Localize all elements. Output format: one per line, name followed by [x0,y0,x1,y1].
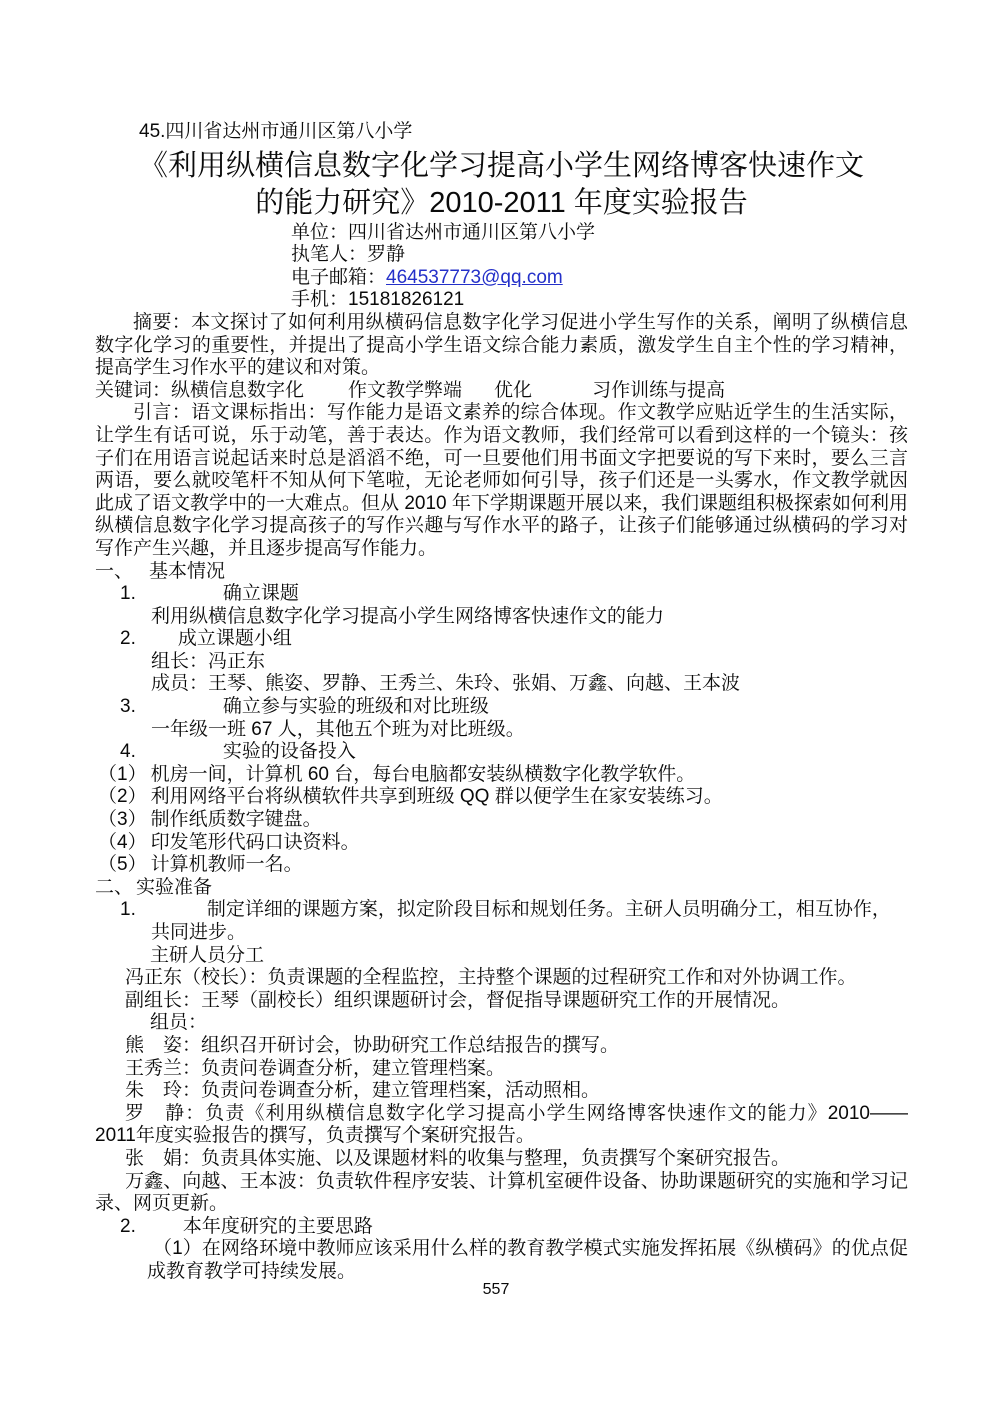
member-role-line: 王秀兰：负责问卷调查分析，建立管理档案。 [95,1058,908,1081]
paren-number: （2） [98,786,147,809]
item-number: 2. [120,628,136,651]
item-label: 实验的设备投入 [223,741,356,764]
item-number: 4. [120,741,136,764]
meta-phone-value: 15181826121 [348,289,464,310]
paren-number: （4） [98,832,147,855]
keywords-line: 关键词： 纵横信息数字化 作文教学弊端 优化 习作训练与提高 [95,380,908,403]
equipment-text: 机房一间，计算机 60 台，每台电脑都安装纵横数字化教学软件。 [151,764,696,787]
page-number: 557 [0,1281,992,1299]
document-content: 45.四川省达州市通川区第八小学 《利用纵横信息数字化学习提高小学生网络博客快速… [95,121,908,1284]
section1-item-2: 2.成立课题小组 [95,628,908,651]
section1-item-3-body: 一年级一班 67 人，其他五个班为对比班级。 [95,719,908,742]
member-role-line: 罗 静：负责《利用纵横信息数字化学习提高小学生网络博客快速作文的能力》2010—… [95,1103,908,1148]
section1-item-4: 4.实验的设备投入 [95,741,908,764]
role-line: 副组长：王琴（副校长）组织课题研讨会，督促指导课题研究工作的开展情况。 [95,990,908,1013]
item-number: 2. [120,1216,136,1239]
equipment-text: 印发笔形代码口诀资料。 [151,832,360,855]
intro-paragraph: 引言：语文课标指出：写作能力是语文素养的综合体现。作文教学应贴近学生的生活实际，… [95,402,908,560]
division-title: 主研人员分工 [95,945,908,968]
equipment-text: 利用网络平台将纵横软件共享到班级 QQ 群以便学生在家安装练习。 [151,786,723,809]
equipment-text: 计算机教师一名。 [151,854,303,877]
keyword-item: 纵横信息数字化 [171,380,304,403]
section2-item-2: 2.本年度研究的主要思路 [95,1216,908,1239]
paren-number: （3） [98,809,147,832]
section2-heading: 二、 实验准备 [95,877,908,900]
item-label: 制定详细的课题方案，拟定阶段目标和规划任务。主研人员明确分工，相互协作， [207,899,891,922]
meta-author: 执笔人：罗静 [291,244,908,267]
document-page: 45.四川省达州市通川区第八小学 《利用纵横信息数字化学习提高小学生网络博客快速… [0,0,992,1403]
item-label: 成立课题小组 [178,628,292,651]
meta-author-label: 执笔人： [291,244,367,265]
equipment-item: （1）机房一间，计算机 60 台，每台电脑都安装纵横数字化教学软件。 [95,764,908,787]
item-number: 1. [120,583,136,606]
abstract-paragraph: 摘要：本文探讨了如何利用纵横码信息数字化学习促进小学生写作的关系，阐明了纵横信息… [95,312,908,380]
item-label: 确立课题 [223,583,299,606]
member-role-line: 张 娟：负责具体实施、以及课题材料的收集与整理，负责撰写个案研究报告。 [95,1148,908,1171]
members-label: 组员： [95,1012,908,1035]
member-role-line: 熊 姿：组织召开研讨会，协助研究工作总结报告的撰写。 [95,1035,908,1058]
item-label: 本年度研究的主要思路 [183,1216,373,1239]
keyword-item: 习作训练与提高 [592,380,725,403]
equipment-text: 制作纸质数字键盘。 [151,809,322,832]
role-line: 冯正东（校长）：负责课题的全程监控，主持整个课题的过程研究工作和对外协调工作。 [95,967,908,990]
meta-unit-value: 四川省达州市通川区第八小学 [348,222,595,243]
section2-heading-number: 二、 [95,877,133,900]
keyword-item: 作文教学弊端 [348,380,462,403]
meta-phone-label: 手机： [291,289,348,310]
section1-heading: 一、 基本情况 [95,561,908,584]
equipment-item: （4）印发笔形代码口诀资料。 [95,832,908,855]
section1-heading-number: 一、 [95,561,133,584]
keyword-item: 优化 [494,380,532,403]
paren-number: （5） [98,854,147,877]
section1-item-1-body: 利用纵横信息数字化学习提高小学生网络博客快速作文的能力 [95,606,908,629]
meta-email: 电子邮箱：464537773@qq.com [291,267,908,290]
report-title-line-1: 《利用纵横信息数字化学习提高小学生网络博客快速作文 [95,148,908,185]
member-role-line: 朱 玲：负责问卷调查分析，建立管理档案，活动照相。 [95,1080,908,1103]
group-leader-line: 组长：冯正东 [95,651,908,674]
meta-unit-label: 单位： [291,222,348,243]
section2-item-1: 1.制定详细的课题方案，拟定阶段目标和规划任务。主研人员明确分工，相互协作， [95,899,908,922]
equipment-item: （3）制作纸质数字键盘。 [95,809,908,832]
research-idea-paragraph: （1）在网络环境中教师应该采用什么样的教育教学模式实施发挥拓展《纵横码》的优点促… [147,1238,908,1283]
section1-item-1: 1.确立课题 [95,583,908,606]
email-link[interactable]: 464537773@qq.com [386,267,563,288]
section2-heading-text: 实验准备 [136,877,212,900]
meta-author-value: 罗静 [367,244,405,265]
report-title-line-2: 的能力研究》2010-2011 年度实验报告 [95,185,908,222]
item-number: 1. [120,899,136,922]
keywords-label: 关键词： [95,380,171,403]
doc-number: 45.四川省达州市通川区第八小学 [95,121,908,144]
section1-heading-text: 基本情况 [149,561,225,584]
meta-block: 单位：四川省达州市通川区第八小学 执笔人：罗静 电子邮箱：464537773@q… [291,222,908,312]
item-label: 确立参与实验的班级和对比班级 [223,696,489,719]
paren-number: （1） [98,764,147,787]
equipment-item: （5）计算机教师一名。 [95,854,908,877]
meta-unit: 单位：四川省达州市通川区第八小学 [291,222,908,245]
meta-phone: 手机：15181826121 [291,289,908,312]
equipment-item: （2）利用网络平台将纵横软件共享到班级 QQ 群以便学生在家安装练习。 [95,786,908,809]
section2-item-1-continuation: 共同进步。 [95,922,908,945]
item-number: 3. [120,696,136,719]
group-members-line: 成员：王琴、熊姿、罗静、王秀兰、朱玲、张娟、万鑫、向越、王本波 [95,673,908,696]
section1-item-3: 3.确立参与实验的班级和对比班级 [95,696,908,719]
member-role-line: 万鑫、向越、王本波：负责软件程序安装、计算机室硬件设备、协助课题研究的实施和学习… [95,1171,908,1216]
meta-email-label: 电子邮箱： [291,267,386,288]
report-title: 《利用纵横信息数字化学习提高小学生网络博客快速作文 的能力研究》2010-201… [95,148,908,222]
